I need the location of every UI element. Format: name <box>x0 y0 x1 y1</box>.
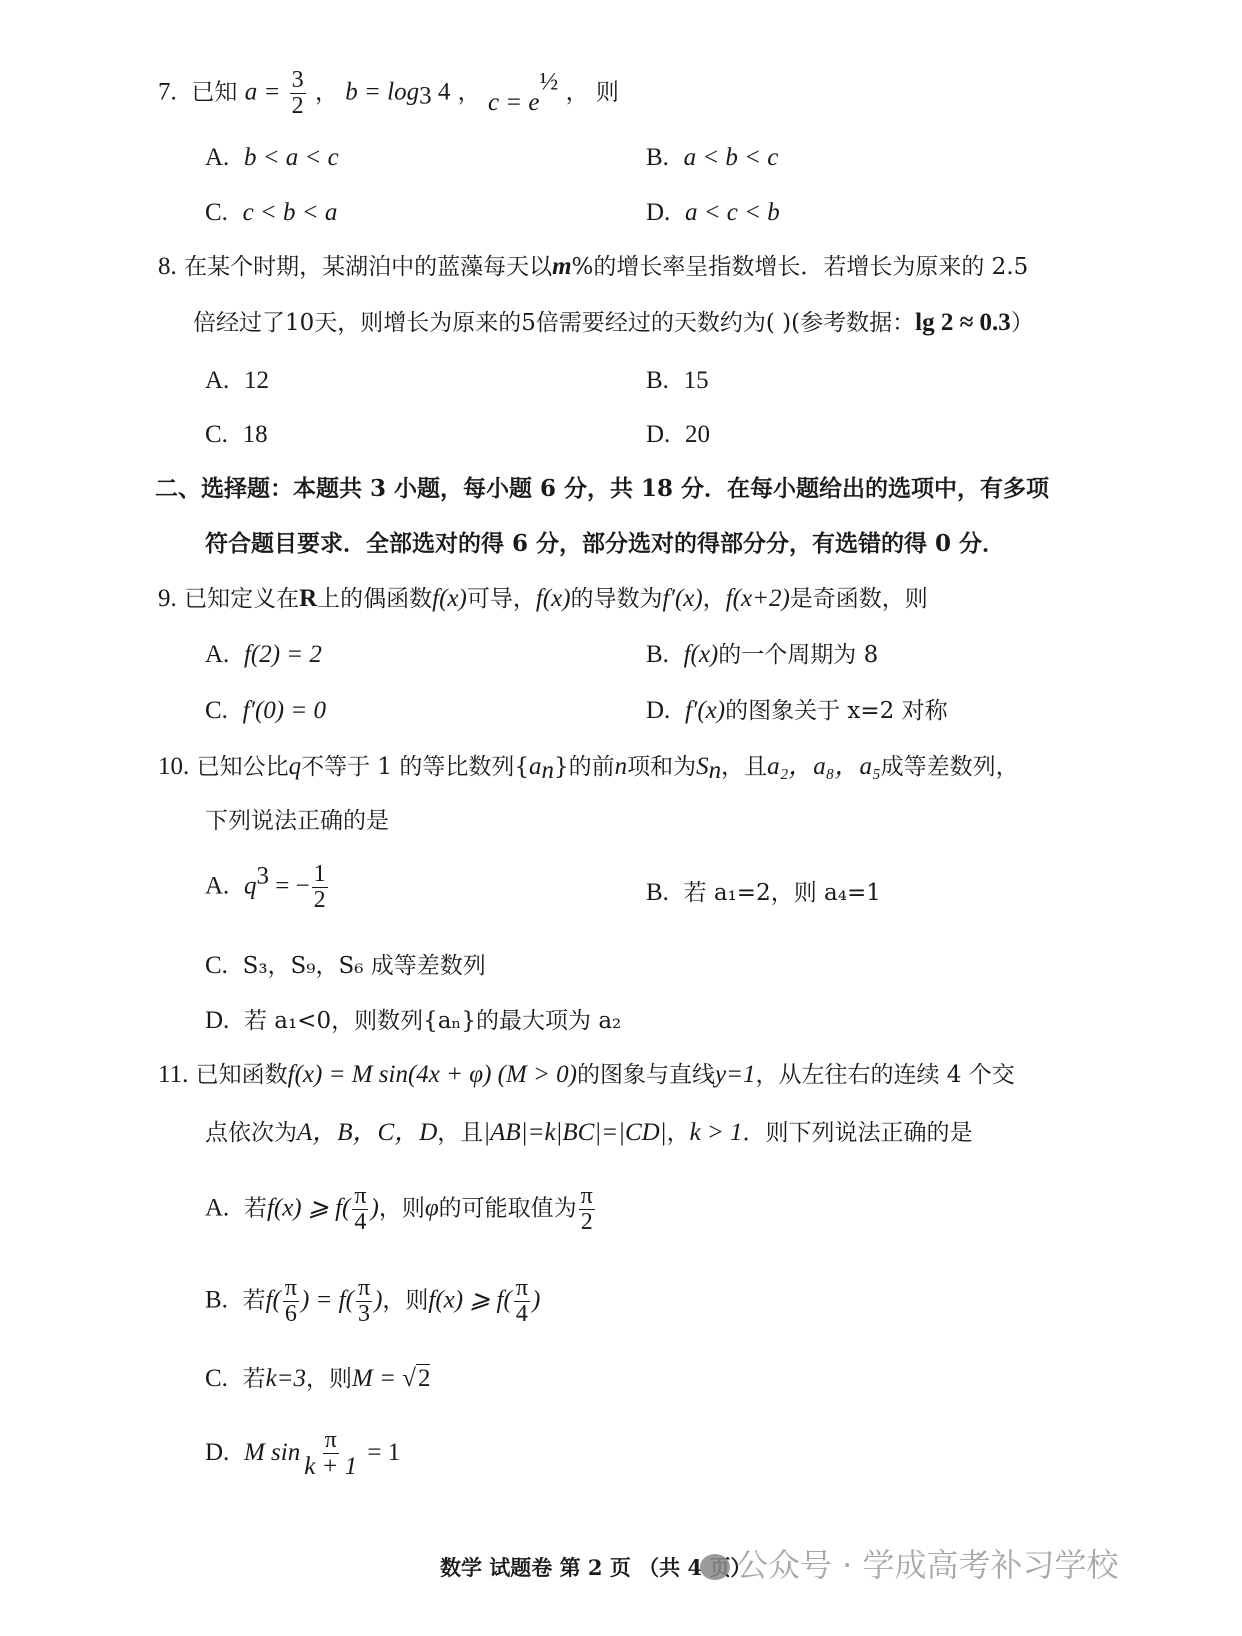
q10-option-a[interactable]: A. q3 = −12 <box>205 862 330 913</box>
q11-option-a[interactable]: A. 若f(x) ⩾ f(π4)，则φ的可能取值为π2 <box>205 1184 597 1235</box>
question-number: 7. <box>158 79 177 106</box>
question-number: 8. <box>158 253 177 280</box>
q10-option-d[interactable]: D. 若 a₁<0，则数列{aₙ}的最大项为 a₂ <box>205 1008 621 1033</box>
question-10-line-1: 10. 已知公比q不等于 1 的等比数列{an}的前n项和为Sn，且a₂，a₈，… <box>158 754 1019 783</box>
q7-option-b[interactable]: B. a < b < c <box>646 145 778 170</box>
exponent: ½ <box>540 69 559 96</box>
wechat-icon <box>700 1554 730 1580</box>
section-2-heading: 二、选择题：本题共 3 小题，每小题 6 分，共 18 分．在每小题给出的选项中… <box>155 477 1049 500</box>
watermark: 公众号 · 学成高考补习学校 <box>700 1540 1119 1586</box>
q11-option-d[interactable]: D. M sinπk + 1 = 1 <box>205 1428 400 1480</box>
question-11-line-1: 11. 已知函数f(x) = M sin(4x + φ) (M > 0)的图象与… <box>158 1062 1015 1087</box>
q8-option-d[interactable]: D. 20 <box>646 422 710 447</box>
question-number: 11. <box>158 1061 188 1088</box>
question-9-stem: 9. 已知定义在R上的偶函数f(x)可导，f(x)的导数为f′(x)，f(x+2… <box>158 586 928 611</box>
q11-option-c[interactable]: C. 若k=3，则M = √2 <box>205 1366 430 1391</box>
q11-option-b[interactable]: B. 若f(π6) = f(π3)，则f(x) ⩾ f(π4) <box>205 1276 540 1327</box>
punct: ， <box>458 80 481 106</box>
q9-option-b[interactable]: B. f(x)的一个周期为 8 <box>646 642 878 667</box>
section-2-instructions: 符合题目要求．全部选对的得 6 分，部分选对的得部分分，有选错的得 0 分． <box>205 532 1005 555</box>
stem-text: 已知 <box>191 80 237 106</box>
q9-option-c[interactable]: C. f′(0) = 0 <box>205 698 326 723</box>
question-10-line-2: 下列说法正确的是 <box>205 810 389 833</box>
q7-option-d[interactable]: D. a < c < b <box>646 200 780 225</box>
question-7-stem: 7. 已知 a = 32 ， b = log3 4 ， c = e½ ， 则 <box>158 68 619 119</box>
q10-option-c[interactable]: C. S₃，S₉，S₆ 成等差数列 <box>205 953 486 978</box>
log-base: 3 <box>419 83 432 110</box>
stem-text: ， 则 <box>566 80 619 106</box>
q8-option-a[interactable]: A. 12 <box>205 368 269 393</box>
question-8-line-1: 8. 在某个时期，某湖泊中的蓝藻每天以m%的增长率呈指数增长．若增长为原来的 2… <box>158 254 1028 279</box>
sqrt-icon: √ <box>402 1365 416 1392</box>
q9-option-d[interactable]: D. f′(x)的图象关于 x=2 对称 <box>646 698 948 723</box>
q7-option-c[interactable]: C. c < b < a <box>205 200 337 225</box>
q10-option-b[interactable]: B. 若 a₁=2，则 a₄=1 <box>646 880 881 905</box>
question-number: 10. <box>158 753 189 780</box>
math-a: a = <box>245 79 281 106</box>
question-11-line-2: 点依次为A，B，C，D，且|AB|=k|BC|=|CD|，k > 1．则下列说法… <box>205 1120 973 1145</box>
math-b: b = log <box>345 79 419 106</box>
q9-option-a[interactable]: A. f(2) = 2 <box>205 642 322 667</box>
q7-option-a[interactable]: A. b < a < c <box>205 145 339 170</box>
punct: ， <box>315 80 338 106</box>
q8-option-b[interactable]: B. 15 <box>646 368 709 393</box>
q8-option-c[interactable]: C. 18 <box>205 422 268 447</box>
question-number: 9. <box>158 585 177 612</box>
log-arg: 4 <box>432 79 451 106</box>
question-8-line-2: 倍经过了10天，则增长为原来的5倍需要经过的天数约为( )(参考数据：lg 2 … <box>193 310 1034 335</box>
exam-page: 7. 已知 a = 32 ， b = log3 4 ， c = e½ ， 则 A… <box>0 0 1242 1636</box>
fraction-3-2: 32 <box>290 68 306 119</box>
math-c: c = e <box>488 89 540 116</box>
